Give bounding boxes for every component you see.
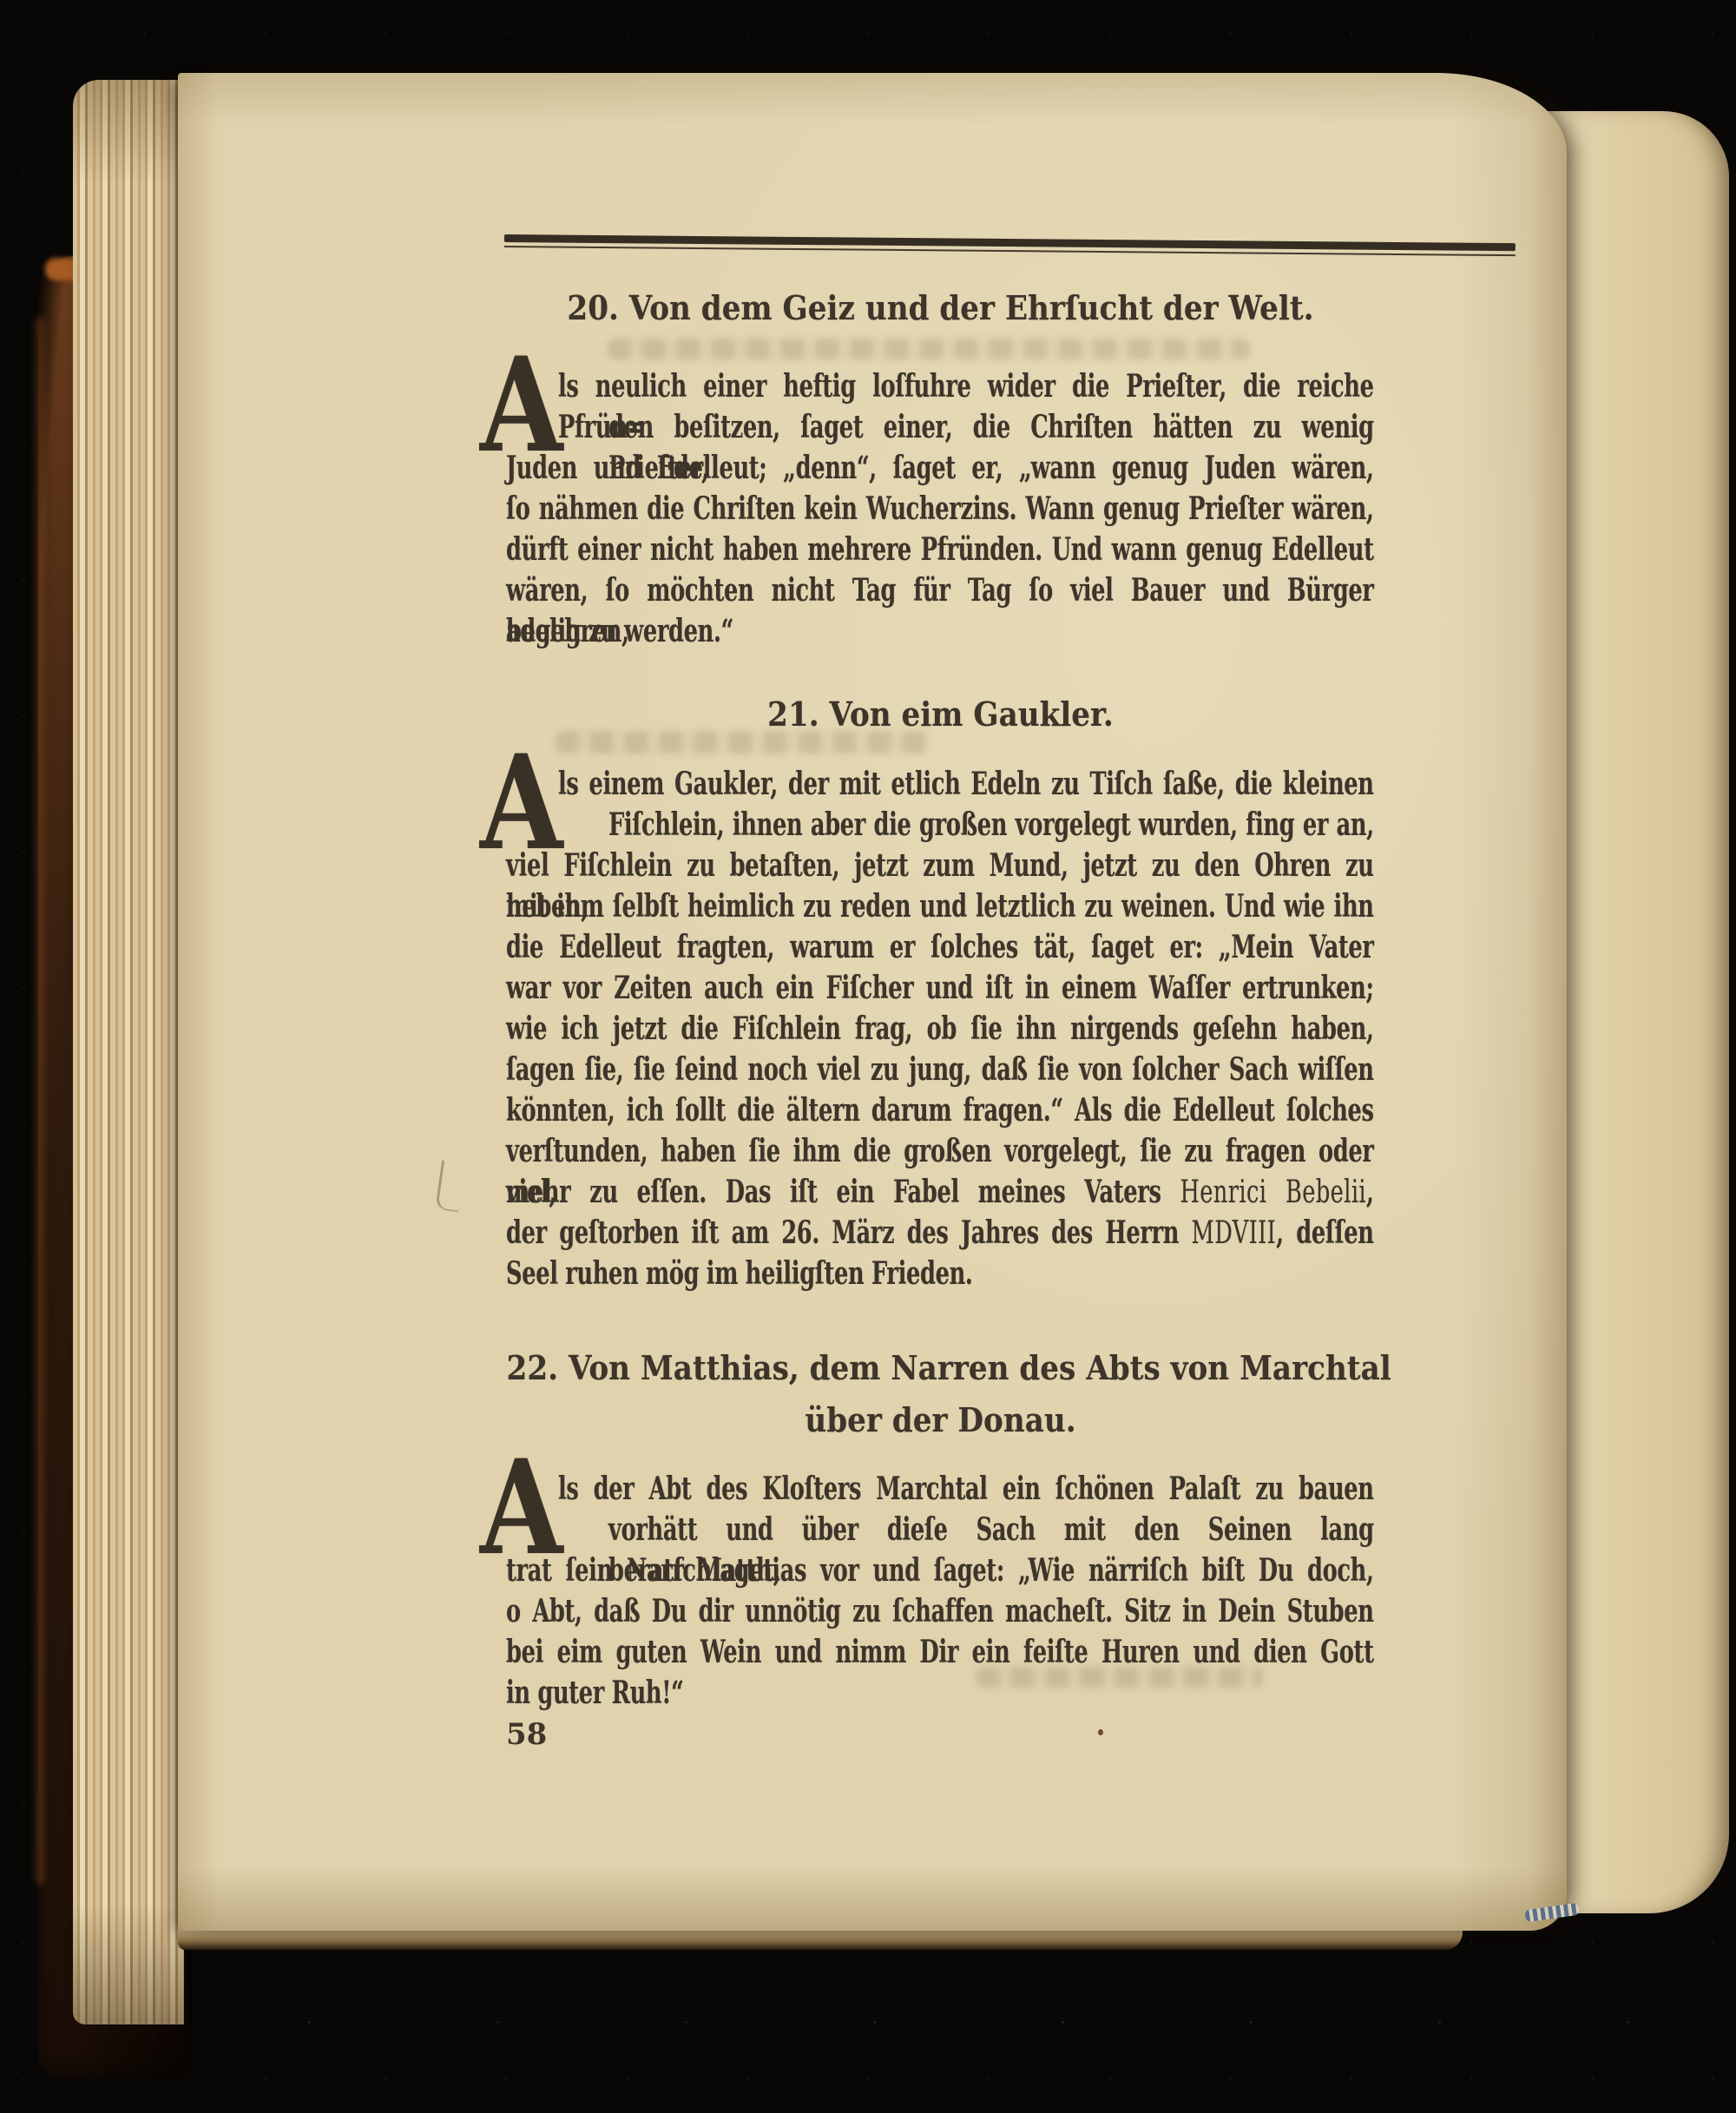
text-line: die Edelleut fragten, warum er ſolches t…	[506, 927, 1374, 968]
text-line: in guter Ruh!“	[506, 1673, 1374, 1714]
paragraph: Als der Abt des Kloſters Marchtal ein ſc…	[506, 1469, 1374, 1714]
text-line: verſtunden, haben ſie ihm die großen vor…	[506, 1131, 1374, 1172]
section-heading: über der Donau.	[507, 1394, 1375, 1446]
text-line: wären, ſo möchten nicht Tag für Tag ſo v…	[506, 570, 1374, 611]
section-21: 21. Von eim Gaukler. Als einem Gaukler, …	[506, 694, 1374, 1294]
section-heading: 20. Von dem Geiz und der Ehrſucht der We…	[507, 288, 1375, 328]
page-bottom-edge	[178, 1929, 1463, 1950]
ink-speck	[1098, 1729, 1103, 1735]
text-line: wie ich jetzt die Fiſchlein frag, ob ſie…	[506, 1009, 1374, 1050]
text-line: mehr zu eſſen. Das iſt ein Fabel meines …	[506, 1172, 1374, 1213]
text-line: mit ihm ſelbſt heimlich zu reden und let…	[506, 886, 1374, 927]
text-line: ls neulich einer heftig loſfuhre wider d…	[558, 366, 1374, 407]
section-20: 20. Von dem Geiz und der Ehrſucht der We…	[506, 288, 1374, 652]
page-number: 58	[506, 1717, 547, 1752]
text-line: ſagen ſie, ſie ſeind noch viel zu jung, …	[506, 1050, 1374, 1090]
pencil-mark	[435, 1160, 465, 1212]
antiqua-text: MDVIII	[1192, 1215, 1277, 1251]
text-line: vorhätt und über dieſe Sach mit den Sein…	[608, 1510, 1374, 1550]
antiqua-text: Henrici Bebelii	[1180, 1175, 1366, 1210]
text-line: bei eim guten Wein und nimm Dir ein feiſ…	[506, 1632, 1374, 1673]
text-line: dürft einer nicht haben mehrere Pfründen…	[506, 530, 1374, 570]
page-edge-stack	[73, 80, 184, 2024]
section-headings: 20. Von dem Geiz und der Ehrſucht der We…	[506, 288, 1374, 328]
text-line: der geſtorben iſt am 26. März des Jahres…	[506, 1213, 1374, 1254]
book-page: 20. Von dem Geiz und der Ehrſucht der We…	[178, 73, 1567, 1931]
text-line: Juden und Edelleut; „denn“, ſaget er, „w…	[506, 448, 1374, 489]
text-line: Seel ruhen mög im heiligſten Frieden.	[506, 1254, 1374, 1294]
text-line: trat ſein Narr Matthias vor und ſaget: „…	[506, 1550, 1374, 1591]
section-headings: 22. Von Matthias, dem Narren des Abts vo…	[506, 1342, 1374, 1446]
section-heading: 22. Von Matthias, dem Narren des Abts vo…	[507, 1342, 1375, 1394]
head-rule	[504, 234, 1516, 256]
text-line: den beſitzen, ſaget einer, die Chriſten …	[608, 407, 1374, 448]
section-headings: 21. Von eim Gaukler.	[506, 694, 1374, 734]
section-heading: 21. Von eim Gaukler.	[507, 694, 1375, 734]
text-line: ſo nähmen die Chriſten kein Wucherzins. …	[506, 489, 1374, 530]
text-line: viel Fiſchlein zu betaſten, jetzt zum Mu…	[506, 846, 1374, 886]
paragraph: Als einem Gaukler, der mit etlich Edeln …	[506, 764, 1374, 1294]
text-line: könnten, ich ſollt die ältern darum frag…	[506, 1090, 1374, 1131]
text-line: adelig zu werden.“	[506, 611, 1374, 652]
text-line: war vor Zeiten auch ein Fiſcher und iſt …	[506, 968, 1374, 1009]
text-line: o Abt, daß Du dir unnötig zu ſchaffen ma…	[506, 1591, 1374, 1632]
text-line: ls einem Gaukler, der mit etlich Edeln z…	[558, 764, 1374, 805]
section-22: 22. Von Matthias, dem Narren des Abts vo…	[506, 1342, 1374, 1714]
text-line: ls der Abt des Kloſters Marchtal ein ſch…	[558, 1469, 1374, 1510]
scanned-book-photo: 20. Von dem Geiz und der Ehrſucht der We…	[0, 0, 1736, 2113]
paragraph: Als neulich einer heftig loſfuhre wider …	[506, 366, 1374, 652]
text-line: Fiſchlein, ihnen aber die großen vorgele…	[608, 805, 1374, 846]
